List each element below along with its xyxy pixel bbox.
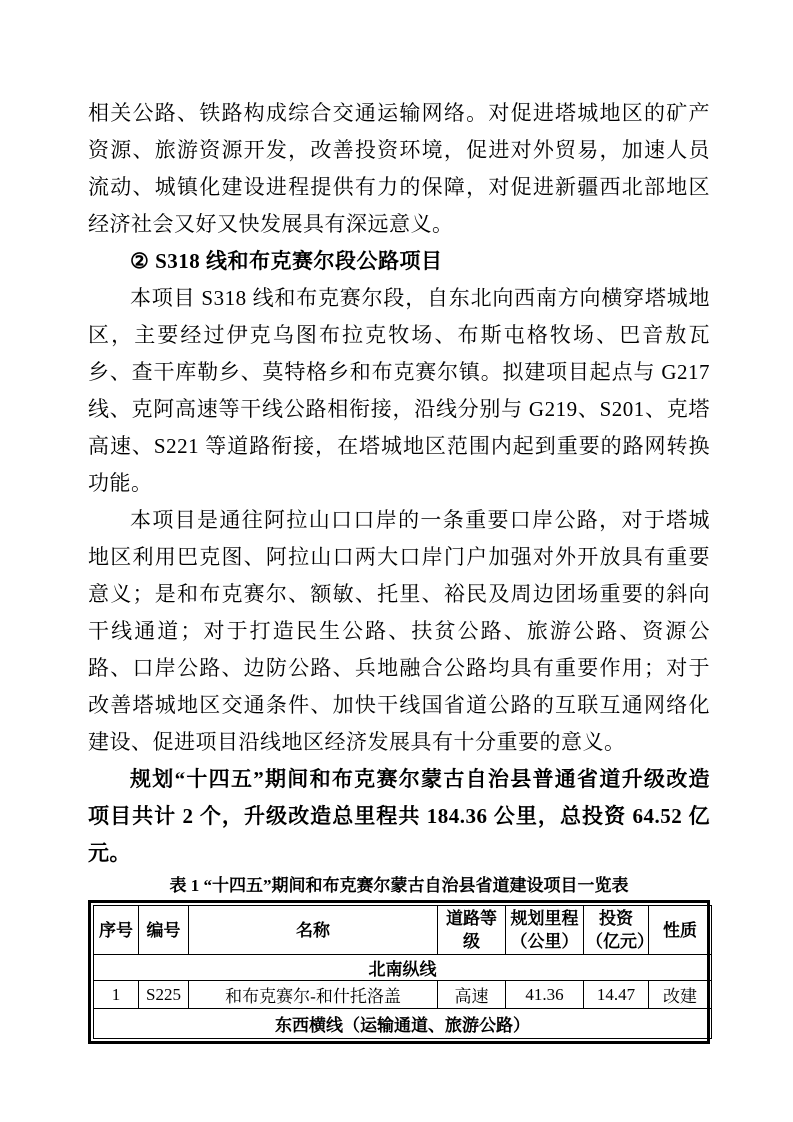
col-header-seq: 序号	[94, 906, 139, 955]
table-header-row: 序号 编号 名称 道路等级 规划里程（公里） 投资（亿元） 性质	[94, 906, 712, 955]
cell-nature: 改建	[649, 981, 712, 1009]
cell-investment: 14.47	[584, 981, 649, 1009]
col-header-grade: 道路等级	[438, 906, 506, 955]
col-header-investment: 投资（亿元）	[584, 906, 649, 955]
col-header-name: 名称	[189, 906, 438, 955]
table-row-s225: 1 S225 和布克赛尔-和什托洛盖 高速 41.36 14.47 改建	[94, 981, 712, 1009]
table-group-row-north-south: 北南纵线	[94, 955, 712, 981]
group-label-east-west: 东西横线（运输通道、旅游公路）	[94, 1009, 712, 1039]
paragraph-transport-network: 相关公路、铁路构成综合交通运输网络。对促进塔城地区的矿产资源、旅游资源开发，改善…	[88, 95, 710, 243]
cell-name: 和布克赛尔-和什托洛盖	[189, 981, 438, 1009]
cell-code: S225	[139, 981, 189, 1009]
col-header-mileage: 规划里程（公里）	[506, 906, 584, 955]
table-group-row-east-west: 东西横线（运输通道、旅游公路）	[94, 1009, 712, 1039]
paragraph-plan-summary: 规划“十四五”期间和布克赛尔蒙古自治县普通省道升级改造项目共计 2 个，升级改造…	[88, 761, 710, 872]
col-header-nature: 性质	[649, 906, 712, 955]
page-content: 相关公路、铁路构成综合交通运输网络。对促进塔城地区的矿产资源、旅游资源开发，改善…	[88, 95, 710, 1044]
table-outer-border: 序号 编号 名称 道路等级 规划里程（公里） 投资（亿元） 性质 北南纵线 1 …	[88, 900, 710, 1044]
cell-mileage: 41.36	[506, 981, 584, 1009]
paragraph-project-significance: 本项目是通往阿拉山口口岸的一条重要口岸公路，对于塔城地区利用巴克图、阿拉山口两大…	[88, 502, 710, 761]
province-road-projects-table: 序号 编号 名称 道路等级 规划里程（公里） 投资（亿元） 性质 北南纵线 1 …	[93, 905, 712, 1039]
table-caption: 表 1 “十四五”期间和布克赛尔蒙古自治县省道建设项目一览表	[88, 872, 710, 898]
section-heading-s318-project: ② S318 线和布克赛尔段公路项目	[88, 243, 710, 280]
group-label-north-south: 北南纵线	[94, 955, 712, 981]
col-header-code: 编号	[139, 906, 189, 955]
cell-seq: 1	[94, 981, 139, 1009]
cell-grade: 高速	[438, 981, 506, 1009]
document-page: 相关公路、铁路构成综合交通运输网络。对促进塔城地区的矿产资源、旅游资源开发，改善…	[0, 0, 793, 1122]
paragraph-route-description: 本项目 S318 线和布克赛尔段，自东北向西南方向横穿塔城地区，主要经过伊克乌图…	[88, 280, 710, 502]
